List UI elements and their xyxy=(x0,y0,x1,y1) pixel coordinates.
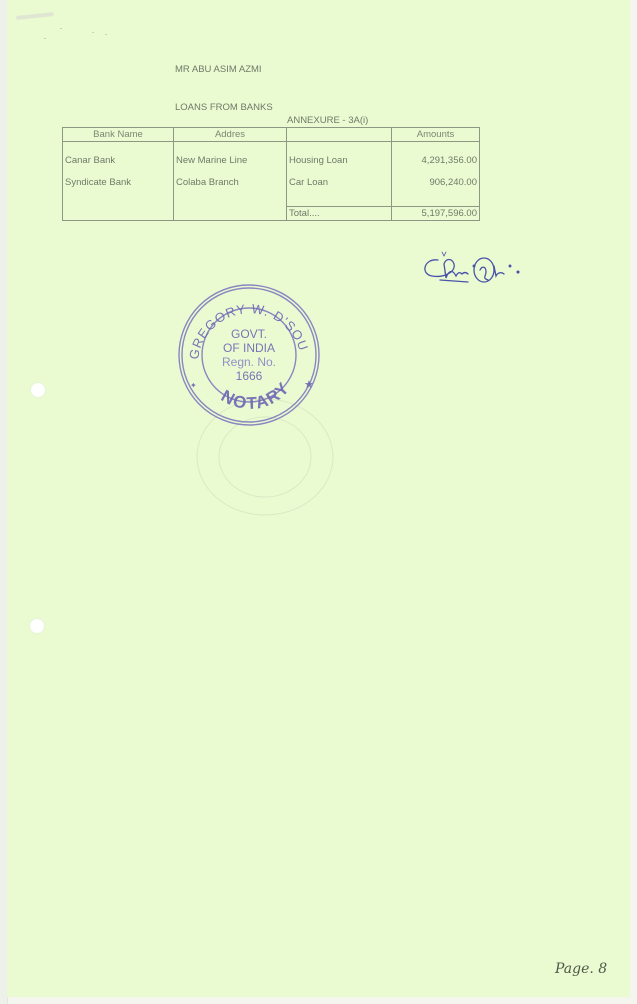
col-amounts: Amounts xyxy=(392,128,480,142)
faded-stamp-impression xyxy=(190,395,340,525)
table-row: Canar Bank New Marine Line Housing Loan … xyxy=(63,151,480,169)
stamp-line-1: GOVT. xyxy=(231,327,267,341)
amount-cell: 906,240.00 xyxy=(392,169,480,195)
star-icon: ★ xyxy=(304,379,314,391)
star-icon: ✦ xyxy=(190,381,197,390)
bank-name-cell: Canar Bank xyxy=(63,151,174,169)
address-cell: Colaba Branch xyxy=(174,169,287,195)
scan-speck xyxy=(92,32,94,33)
scan-speck xyxy=(44,38,46,39)
section-title: LOANS FROM BANKS xyxy=(175,102,273,113)
loan-type-cell: Car Loan xyxy=(287,169,392,195)
total-label: Total.... xyxy=(287,207,392,221)
stamp-line-4: 1666 xyxy=(236,369,263,383)
signature-mark xyxy=(418,244,538,288)
person-name: MR ABU ASIM AZMI xyxy=(175,64,262,75)
amount-cell: 4,291,356.00 xyxy=(392,151,480,169)
bank-name-cell: Syndicate Bank xyxy=(63,169,174,195)
punch-hole-top xyxy=(31,383,45,397)
stamp-line-3: Regn. No. xyxy=(222,355,276,369)
address-cell: New Marine Line xyxy=(174,151,287,169)
annexure-label: ANNEXURE - 3A(i) xyxy=(287,115,368,126)
page-number-note: Page. 8 xyxy=(555,961,607,977)
table-row: Syndicate Bank Colaba Branch Car Loan 90… xyxy=(63,169,480,195)
table-header-row: Bank Name Addres Amounts xyxy=(63,128,480,142)
loans-table: Bank Name Addres Amounts Canar Bank New … xyxy=(62,127,480,221)
total-amount: 5,197,596.00 xyxy=(392,207,480,221)
stamp-line-2: OF INDIA xyxy=(223,341,275,355)
scan-speck xyxy=(105,34,107,35)
scan-speck xyxy=(60,28,62,29)
total-row: Total.... 5,197,596.00 xyxy=(63,207,480,221)
col-bank-name: Bank Name xyxy=(63,128,174,142)
col-loan-type xyxy=(287,128,392,142)
loan-type-cell: Housing Loan xyxy=(287,151,392,169)
col-address: Addres xyxy=(174,128,287,142)
punch-hole-bottom xyxy=(30,619,44,633)
